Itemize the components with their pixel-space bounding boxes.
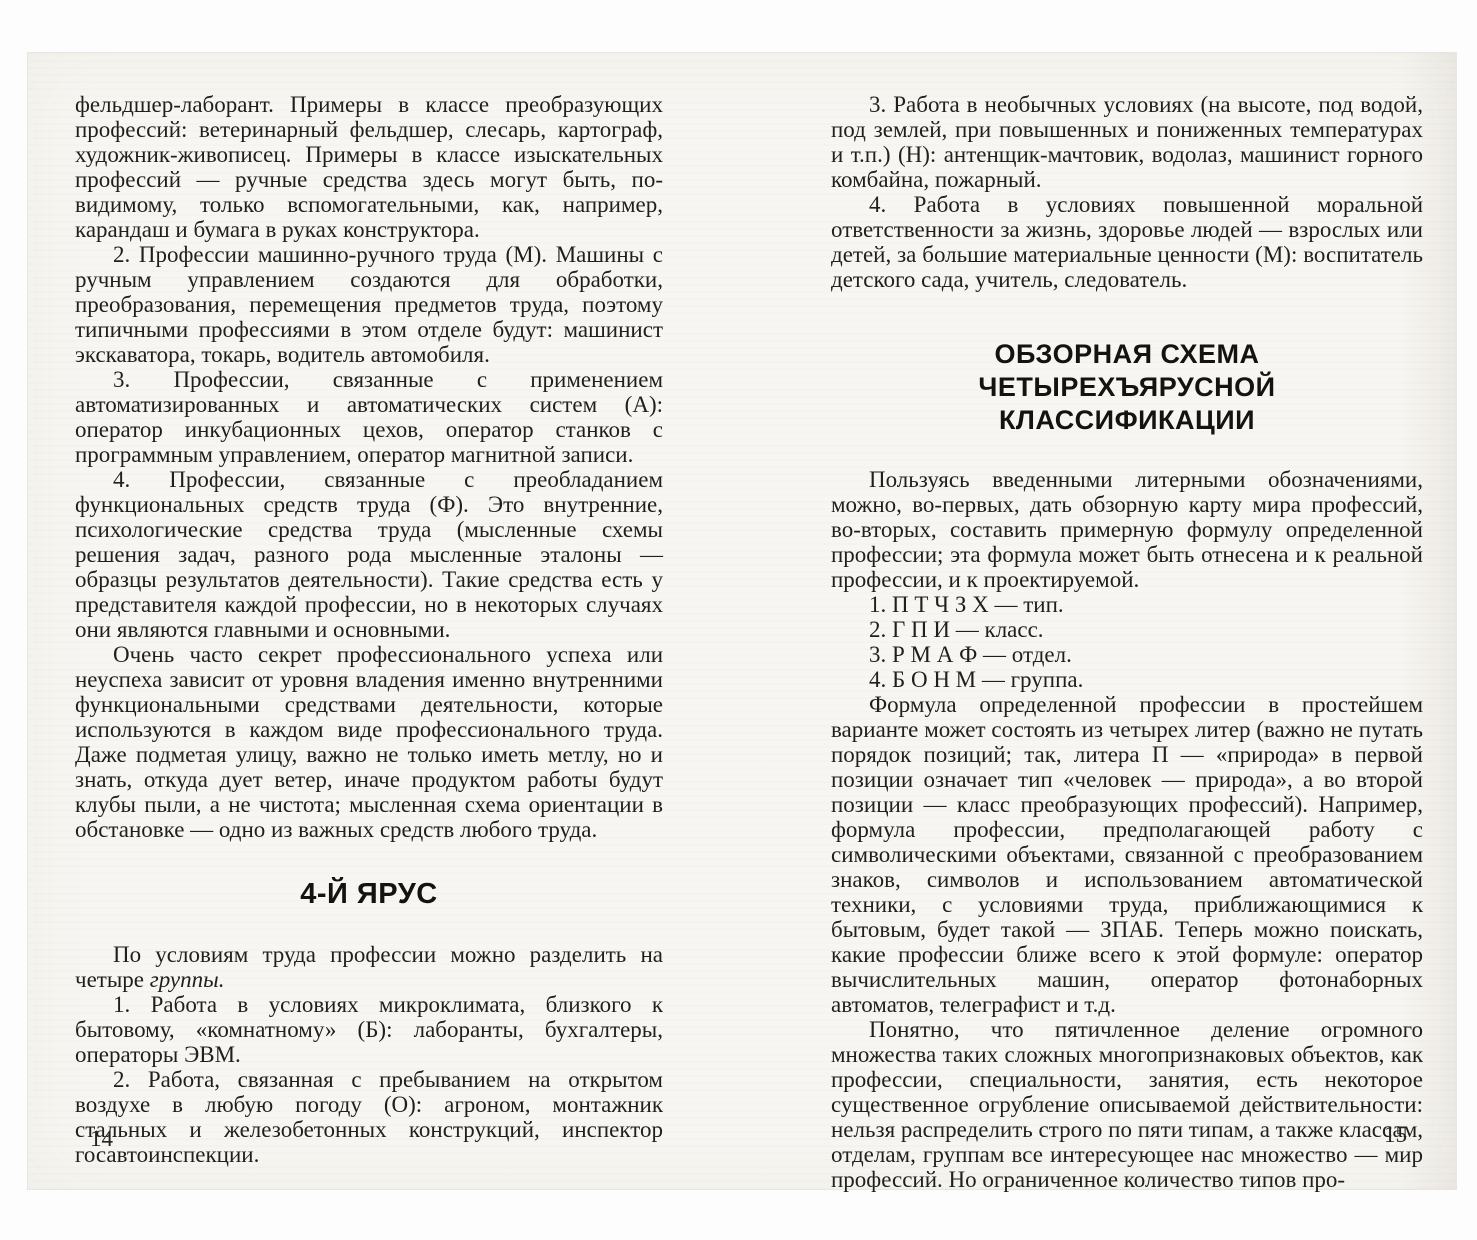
left-page: фельдшер-лаборант. Примеры в классе прео… (75, 92, 663, 1167)
paragraph: 1. Работа в условиях микроклимата, близк… (75, 992, 663, 1067)
paragraph: Формула определенной профессии в простей… (831, 692, 1423, 1017)
paragraph: Пользуясь введенными литерными обозначен… (831, 467, 1423, 592)
formula-item-tier3: 3. Р М А Ф — отдел. (831, 642, 1423, 667)
formula-item-tier1: 1. П Т Ч З Х — тип. (831, 592, 1423, 617)
paragraph: По условиям труда профессии можно раздел… (75, 942, 663, 992)
paragraph: фельдшер-лаборант. Примеры в классе прео… (75, 92, 663, 242)
paragraph: Очень часто секрет профессионального усп… (75, 642, 663, 842)
paragraph: 2. Работа, связанная с пребыванием на от… (75, 1067, 663, 1167)
paragraph: 4. Профессии, связанные с преобладанием … (75, 467, 663, 642)
formula-item-tier4: 4. Б О Н М — группа. (831, 667, 1423, 692)
paragraph: 4. Работа в условиях повышенной морально… (831, 192, 1423, 292)
paragraph: Понятно, что пятичленное деление огромно… (831, 1017, 1423, 1192)
paragraph: 2. Профессии машинно-ручного труда (М). … (75, 242, 663, 367)
paragraph: 3. Профессии, связанные с применением ав… (75, 367, 663, 467)
paragraph: 3. Работа в необычных условиях (на высот… (831, 92, 1423, 192)
section-heading-overview-scheme: ОБЗОРНАЯ СХЕМА ЧЕТЫРЕХЪЯРУСНОЙ КЛАССИФИК… (865, 338, 1389, 437)
formula-item-tier2: 2. Г П И — класс. (831, 617, 1423, 642)
book-scan: { "palette": { "paper": "#f8f6f2", "ink"… (0, 0, 1477, 1240)
section-heading-tier4: 4-Й ЯРУС (75, 878, 663, 910)
intro-italic-word: группы. (150, 967, 225, 992)
page-number-left: 14 (90, 1126, 113, 1152)
right-page: 3. Работа в необычных условиях (на высот… (831, 92, 1423, 1192)
page-number-right: 15 (1384, 1122, 1407, 1148)
